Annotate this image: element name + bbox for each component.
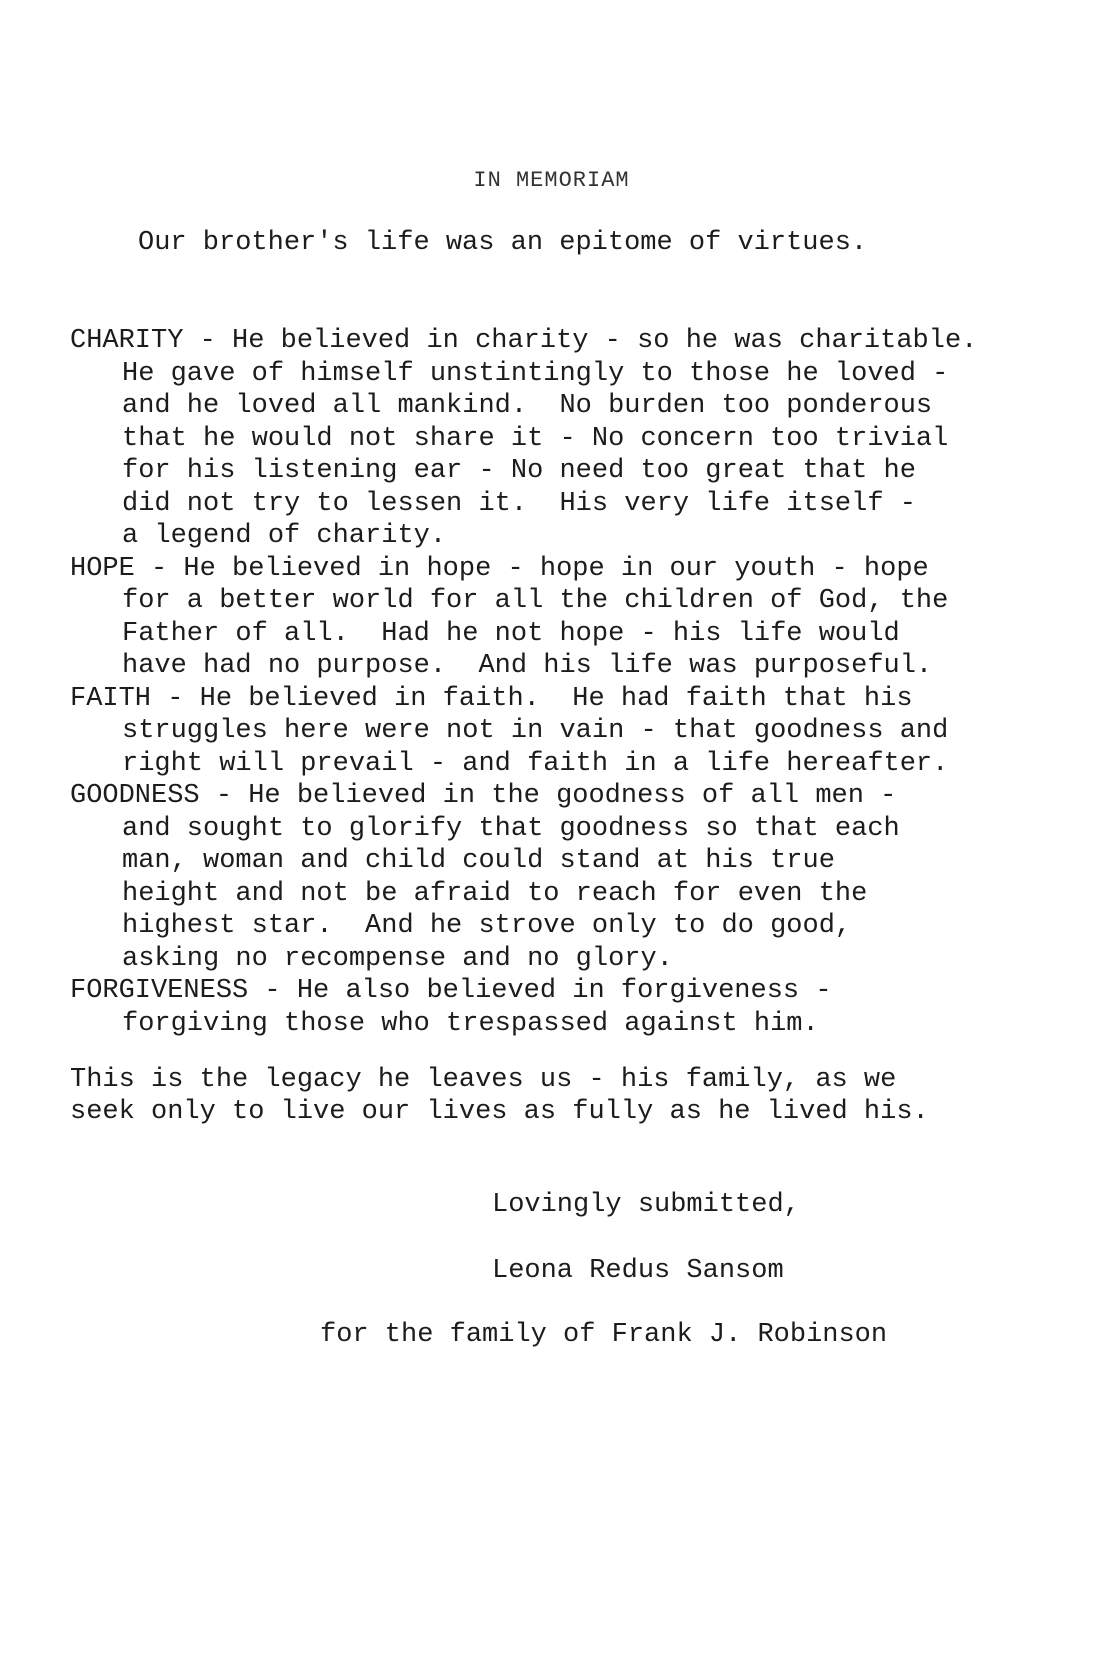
virtue-faith: FAITH - He believed in faith. He had fai… <box>70 683 977 781</box>
legacy-paragraph: This is the legacy he leaves us - his fa… <box>70 1064 929 1128</box>
virtue-line: height and not be afraid to reach for ev… <box>70 878 977 911</box>
virtue-heading-line: HOPE - He believed in hope - hope in our… <box>70 553 977 586</box>
virtue-hope: HOPE - He believed in hope - hope in our… <box>70 553 977 683</box>
virtue-line: and he loved all mankind. No burden too … <box>70 390 977 423</box>
virtue-line: for a better world for all the children … <box>70 585 977 618</box>
virtue-line: have had no purpose. And his life was pu… <box>70 650 977 683</box>
author-name: Leona Redus Sansom <box>492 1256 784 1286</box>
virtue-line: struggles here were not in vain - that g… <box>70 715 977 748</box>
legacy-line: This is the legacy he leaves us - his fa… <box>70 1064 929 1096</box>
virtue-charity: CHARITY - He believed in charity - so he… <box>70 325 977 553</box>
legacy-line: seek only to live our lives as fully as … <box>70 1096 929 1128</box>
intro-line: Our brother's life was an epitome of vir… <box>138 228 867 258</box>
virtue-line: did not try to lessen it. His very life … <box>70 488 977 521</box>
virtue-heading-line: FAITH - He believed in faith. He had fai… <box>70 683 977 716</box>
virtues-section: CHARITY - He believed in charity - so he… <box>70 325 977 1040</box>
virtue-heading-line: CHARITY - He believed in charity - so he… <box>70 325 977 358</box>
virtue-line: that he would not share it - No concern … <box>70 423 977 456</box>
virtue-heading-line: FORGIVENESS - He also believed in forgiv… <box>70 975 977 1008</box>
document-title: IN MEMORIAM <box>0 168 1103 193</box>
virtue-line: right will prevail - and faith in a life… <box>70 748 977 781</box>
virtue-forgiveness: FORGIVENESS - He also believed in forgiv… <box>70 975 977 1040</box>
virtue-line: man, woman and child could stand at his … <box>70 845 977 878</box>
virtue-line: highest star. And he strove only to do g… <box>70 910 977 943</box>
document-page: IN MEMORIAM Our brother's life was an ep… <box>0 0 1103 1662</box>
virtue-line: Father of all. Had he not hope - his lif… <box>70 618 977 651</box>
virtue-line: a legend of charity. <box>70 520 977 553</box>
virtue-line: and sought to glorify that goodness so t… <box>70 813 977 846</box>
virtue-line: asking no recompense and no glory. <box>70 943 977 976</box>
virtue-line: forgiving those who trespassed against h… <box>70 1008 977 1041</box>
virtue-goodness: GOODNESS - He believed in the goodness o… <box>70 780 977 975</box>
virtue-line: for his listening ear - No need too grea… <box>70 455 977 488</box>
virtue-heading-line: GOODNESS - He believed in the goodness o… <box>70 780 977 813</box>
on-behalf-line: for the family of Frank J. Robinson <box>320 1320 887 1350</box>
virtue-line: He gave of himself unstintingly to those… <box>70 358 977 391</box>
closing-line: Lovingly submitted, <box>492 1190 800 1220</box>
